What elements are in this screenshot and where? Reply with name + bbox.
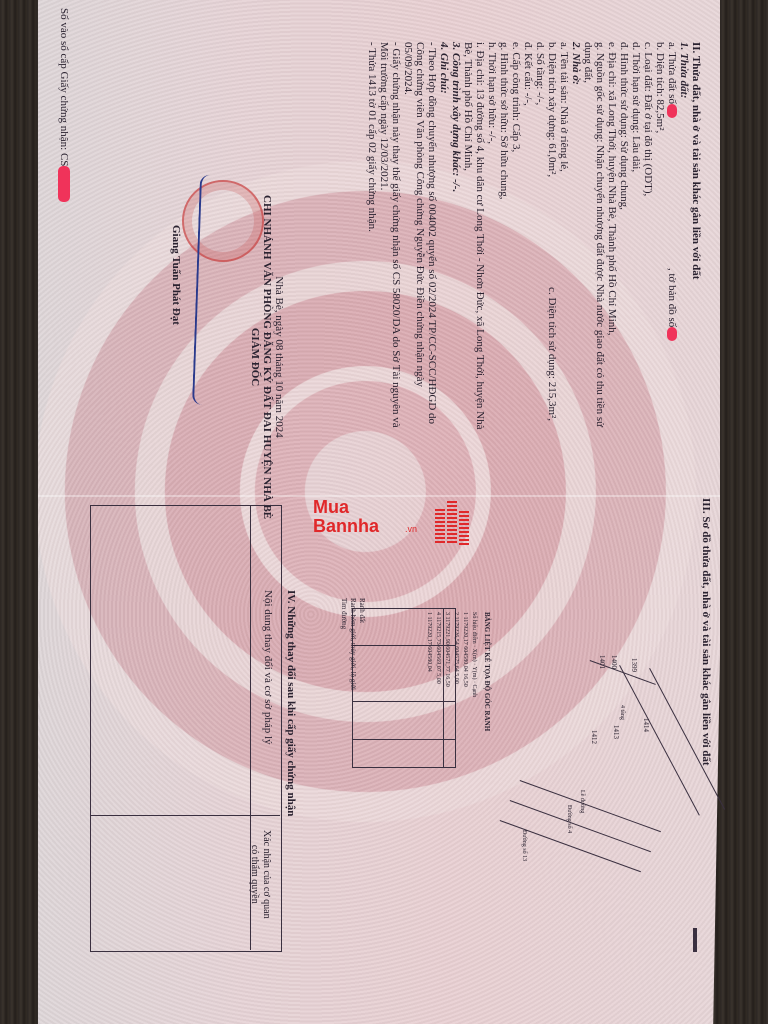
signer-name: Giang Tuấn Phát Đạt [170,225,182,325]
notes-heading: 4. Ghi chú: [438,42,450,430]
section-ii-title: II. Thửa đất, nhà ở và tài sản khác gắn … [690,42,702,427]
house-i2: Bè, Thành phố Hồ Chí Minh, [462,42,474,430]
parcel-1414: 1414 [640,718,652,732]
street-13-label: Đường số 13 [518,830,530,861]
legend-item: Ranh hẻm giới, thủy giới, lộ giới [348,598,357,690]
other-works: 3. Công trình xây dựng khác: -/-. [450,42,462,430]
land-b: b. Diện tích: 82,5m², [654,42,666,427]
coord-rows: Số hiệu điểm · X(m) · Y(m) · Cạnh 1 1179… [424,612,478,697]
sidewalk-label: Lề đường [576,790,588,813]
coord-row: 2 1179226,54 604575,64 5,00 [451,612,460,697]
building-icon [447,501,457,545]
street-4-label: Đường số 4 [563,805,575,833]
note-0: - Theo Hợp đồng chuyển nhượng số 004002 … [426,42,438,430]
map-legend: Ranh đất Ranh hẻm giới, thủy giới, lộ gi… [339,598,366,690]
registry-line: Số vào sổ cấp Giấy chứng nhận: CS [58,8,70,202]
section-iv-title: IV. Những thay đổi sau khi cấp giấy chứn… [285,590,297,816]
building-icon [459,511,469,545]
land-heading: 1. Thửa đất: [678,42,690,427]
note-4: Môi trường cấp ngày 12/03/2021. [378,42,390,430]
house-heading: 2. Nhà ở: [570,42,582,430]
parcel-1399: 1399 [628,658,640,672]
coord-table-title: BẢNG LIỆT KÊ TỌA ĐỘ GÓC RANH [481,612,493,731]
parcel-1412: 1412 [588,730,600,744]
parcel-1401: 1401 [596,655,608,669]
coord-row: 1 1179220,17 604580,04 [424,612,433,697]
watermark-domain: .vn [405,524,417,534]
parcel-1400: 1400 [608,655,620,669]
note-1: Công chứng viên Văn phòng Công chứng Ngu… [414,42,426,430]
agency-name: CHI NHÁNH VĂN PHÒNG ĐĂNG KÝ ĐẤT ĐAI HUYỆ… [261,195,273,519]
house-h: h. Thời hạn sở hữu: -/-, [486,42,498,430]
section-ii: II. Thửa đất, nhà ở và tài sản khác gắn … [582,42,702,427]
land-form: đ. Hình thức sử dụng: Sử dụng chung, [618,42,630,427]
legend-item: Ranh đất [357,598,366,690]
house-b: b. Diện tích xây dựng: 61,0m²,c. Diện tí… [546,42,558,430]
land-origin: g. Nguồn gốc sử dụng: Nhận chuyển nhượng… [594,42,606,427]
legend-item: Tim đường [339,598,348,690]
official-stamp [182,180,264,262]
note-3: - Giấy chứng nhận này thay thế giấy chứn… [390,42,402,430]
house-d: d. Số tầng: -/-, [534,42,546,430]
house-e: e. Cấp công trình: Cấp 3, [510,42,522,430]
watermark-line1: Mua [313,497,349,518]
redaction-mark [667,104,677,118]
land-d: d. Thời hạn sử dụng: Lâu dài, [630,42,642,427]
land-a: a. Thửa đất số, tờ bản đồ số [666,42,678,427]
changes-col2: Xác nhận của cơ quan có thẩm quyền [248,830,272,919]
land-origin-2: dụng đất, [582,42,594,427]
parcel-1413: 1413 [610,725,622,739]
north-arrow-icon [693,928,697,952]
watermark-logo: Mua Bannha .vn [313,497,463,557]
place-date: Nhà Bè, ngày 08 tháng 10 năm 2024 [273,195,285,519]
section-iii-title: III. Sơ đồ thửa đất, nhà ở và tài sản kh… [700,498,712,766]
building-icon [435,509,445,545]
coord-row: 4 1179215,73 604569,07 5,00 [433,612,442,697]
watermark-line2: Bannha [313,516,379,537]
redaction-mark [667,327,677,341]
note-2: 05/09/2024. [402,42,414,430]
house-dd: đ. Kết cấu: -/-, [522,42,534,430]
house-g: g. Hình thức sở hữu: Sở hữu chung, [498,42,510,430]
section-house: 2. Nhà ở: a. Tên tài sản: Nhà ở riêng lẻ… [366,42,582,430]
note-5: - Thửa 1413 tờ 01 cấp 02 giấy chứng nhận… [366,42,378,430]
changes-col1: Nội dung thay đổi và cơ sở pháp lý [262,590,274,745]
redaction-mark [58,166,70,202]
coord-row: 3 1179221,90 604571,77 16,50 [442,612,451,697]
house-a: a. Tên tài sản: Nhà ở riêng lẻ, [558,42,570,430]
floor-label: 4 tầng [616,705,628,720]
land-address: e. Địa chỉ: xã Long Thới, huyện Nhà Bè, … [606,42,618,427]
house-i: i. Địa chỉ: 13 đường số 4, khu dân cư Lo… [474,42,486,430]
land-c: c. Loại đất: Đất ở tại đô thị (ODT), [642,42,654,427]
coord-row: 1 1179220,17 604580,04 16,50 [460,612,469,697]
